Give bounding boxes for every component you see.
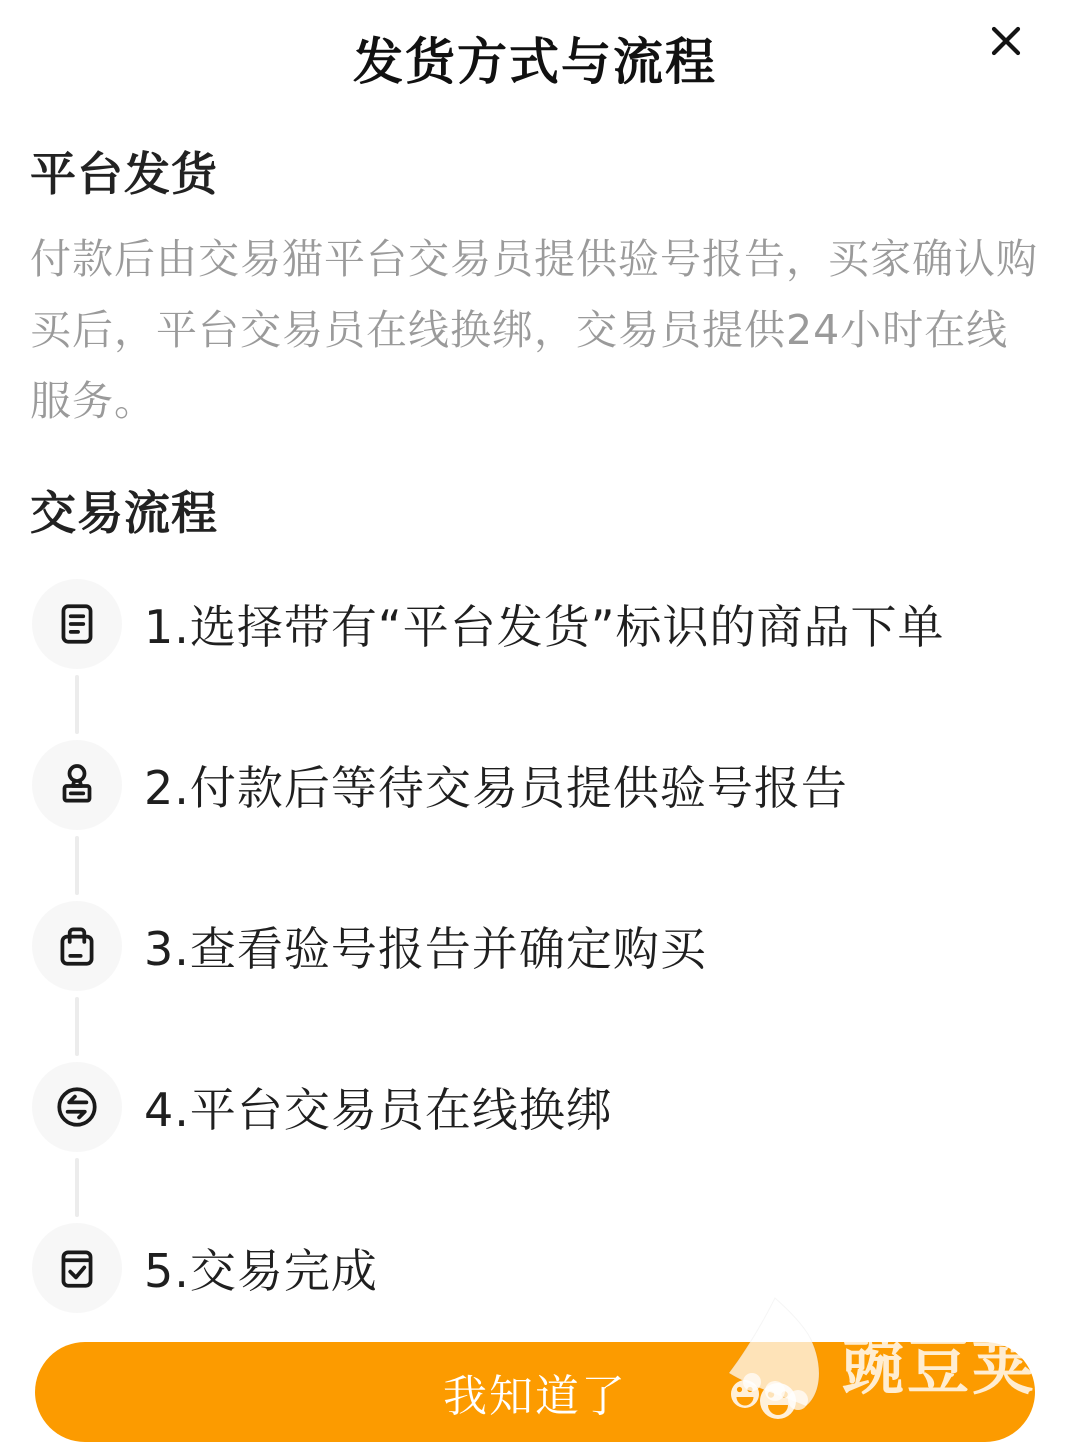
close-button[interactable] <box>984 20 1028 64</box>
step-2-row: 2.付款后等待交易员提供验号报告 <box>30 740 1040 830</box>
step-3-row: 3.查看验号报告并确定购买 <box>30 901 1040 991</box>
step-3-label: 3.查看验号报告并确定购买 <box>144 913 707 979</box>
shipping-method-modal: 发货方式与流程 平台发货 付款后由交易猫平台交易员提供验号报告，买家确认购买后，… <box>0 0 1070 1451</box>
step-5-label: 5.交易完成 <box>144 1235 378 1301</box>
step-1-circle <box>32 579 122 669</box>
document-icon <box>52 599 102 649</box>
step-5-row: 5.交易完成 <box>30 1223 1040 1313</box>
platform-shipping-description: 付款后由交易猫平台交易员提供验号报告，买家确认购买后，平台交易员在线换绑，交易员… <box>30 224 1040 437</box>
step-4-row: 4.平台交易员在线换绑 <box>30 1062 1040 1152</box>
step-2-label: 2.付款后等待交易员提供验号报告 <box>144 752 848 818</box>
step-1-row: 1.选择带有“平台发货”标识的商品下单 <box>30 579 1040 669</box>
step-4-circle <box>32 1062 122 1152</box>
close-icon <box>986 21 1026 64</box>
step-3-circle <box>32 901 122 991</box>
stamp-icon <box>52 760 102 810</box>
platform-shipping-heading: 平台发货 <box>30 138 1040 204</box>
confirm-button-label: 我知道了 <box>443 1360 627 1424</box>
checked-box-icon <box>52 1243 102 1293</box>
process-steps: 1.选择带有“平台发货”标识的商品下单 2.付款后等待交易员提供验号报告 <box>30 579 1040 1313</box>
confirm-button[interactable]: 我知道了 <box>35 1342 1035 1442</box>
step-1-label: 1.选择带有“平台发货”标识的商品下单 <box>144 591 945 657</box>
step-2-circle <box>32 740 122 830</box>
process-heading: 交易流程 <box>30 477 1040 543</box>
swap-icon <box>52 1082 102 1132</box>
modal-title: 发货方式与流程 <box>0 0 1070 94</box>
step-5-circle <box>32 1223 122 1313</box>
modal-content: 平台发货 付款后由交易猫平台交易员提供验号报告，买家确认购买后，平台交易员在线换… <box>0 138 1070 1313</box>
shopping-bag-icon <box>52 921 102 971</box>
step-4-label: 4.平台交易员在线换绑 <box>144 1074 613 1140</box>
